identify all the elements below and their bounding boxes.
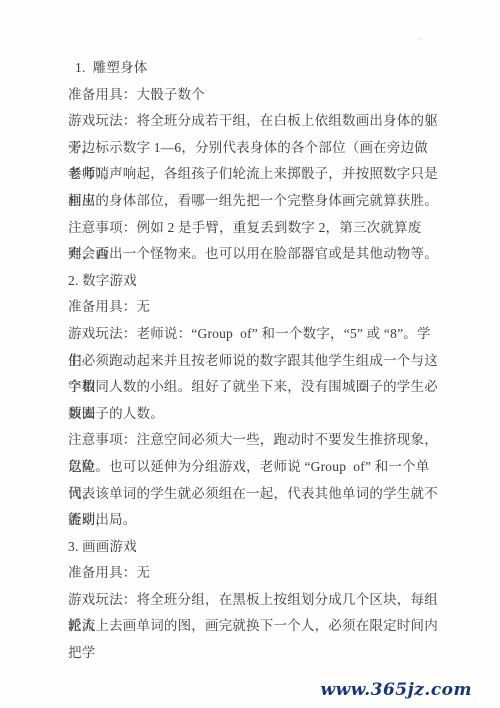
section-3-heading: 3. 画画游戏	[68, 534, 440, 561]
text-line: 准备用具：大骰子数个	[68, 82, 440, 109]
watermark-link[interactable]: www.365jz.com	[321, 680, 473, 700]
text-line: 老师哨声响起，各组孩子们轮流上来掷骰子，并按照数字只是画出	[68, 161, 440, 188]
section-2-heading: 2. 数字游戏	[68, 268, 440, 295]
text-line: 相应的身体部位，看哪一组先把一个完整身体画完就算获胜。	[68, 188, 440, 215]
text-line: 字相同人数的小组。组好了就坐下来，没有围城圈子的学生必须去	[68, 374, 440, 401]
scan-artifact-mark: ”	[418, 36, 422, 46]
text-line: 游戏玩法：将全班分组，在黑板上按组划分成几个区块，每组轮流	[68, 587, 440, 614]
text-line: 则会画出一个怪物来。也可以用在脸部器官或是其他动物等。	[68, 241, 440, 268]
text-line: 数圈子的人数。	[68, 401, 440, 428]
text-line: 旁边标示数字 1—6，分别代表身体的各个部位（画在旁边做参考），	[68, 135, 440, 162]
text-line: 注意事项：注意空间必须大一些，跑动时不要发生推挤现象，以免	[68, 427, 440, 454]
document-page: 1. 雕塑身体 准备用具：大骰子数个 游戏玩法：将全班分成若干组，在白板上依组数…	[0, 0, 500, 708]
text-line: 派人上去画单词的图，画完就换下一个人，必须在限定时间内把学	[68, 613, 440, 640]
text-line: 否则出局。	[68, 507, 440, 534]
section-1-heading: 1. 雕塑身体	[68, 55, 440, 82]
text-line: 准备用具：无	[68, 560, 440, 587]
text-line: 准备用具：无	[68, 294, 440, 321]
text-line: 危险。也可以延伸为分组游戏，老师说 “Group of” 和一个单词，	[68, 454, 440, 481]
footer-mark: ：-	[66, 651, 82, 664]
text-line: 游戏玩法：将全班分成若干组，在白板上依组数画出身体的躯干，	[68, 108, 440, 135]
document-text-block: 1. 雕塑身体 准备用具：大骰子数个 游戏玩法：将全班分成若干组，在白板上依组数…	[68, 55, 440, 640]
text-line: 们必须跑动起来并且按老师说的数字跟其他学生组成一个与这个数	[68, 348, 440, 375]
text-line: 注意事项：例如 2 是手臂，重复丢到数字 2，第三次就算废弃，否	[68, 215, 440, 242]
text-line: 游戏玩法：老师说：“Group of” 和一个数字，“5” 或 “8”。学生	[68, 321, 440, 348]
text-line: 代表该单词的学生就必须组在一起，代表其他单词的学生就不能动，	[68, 481, 440, 508]
